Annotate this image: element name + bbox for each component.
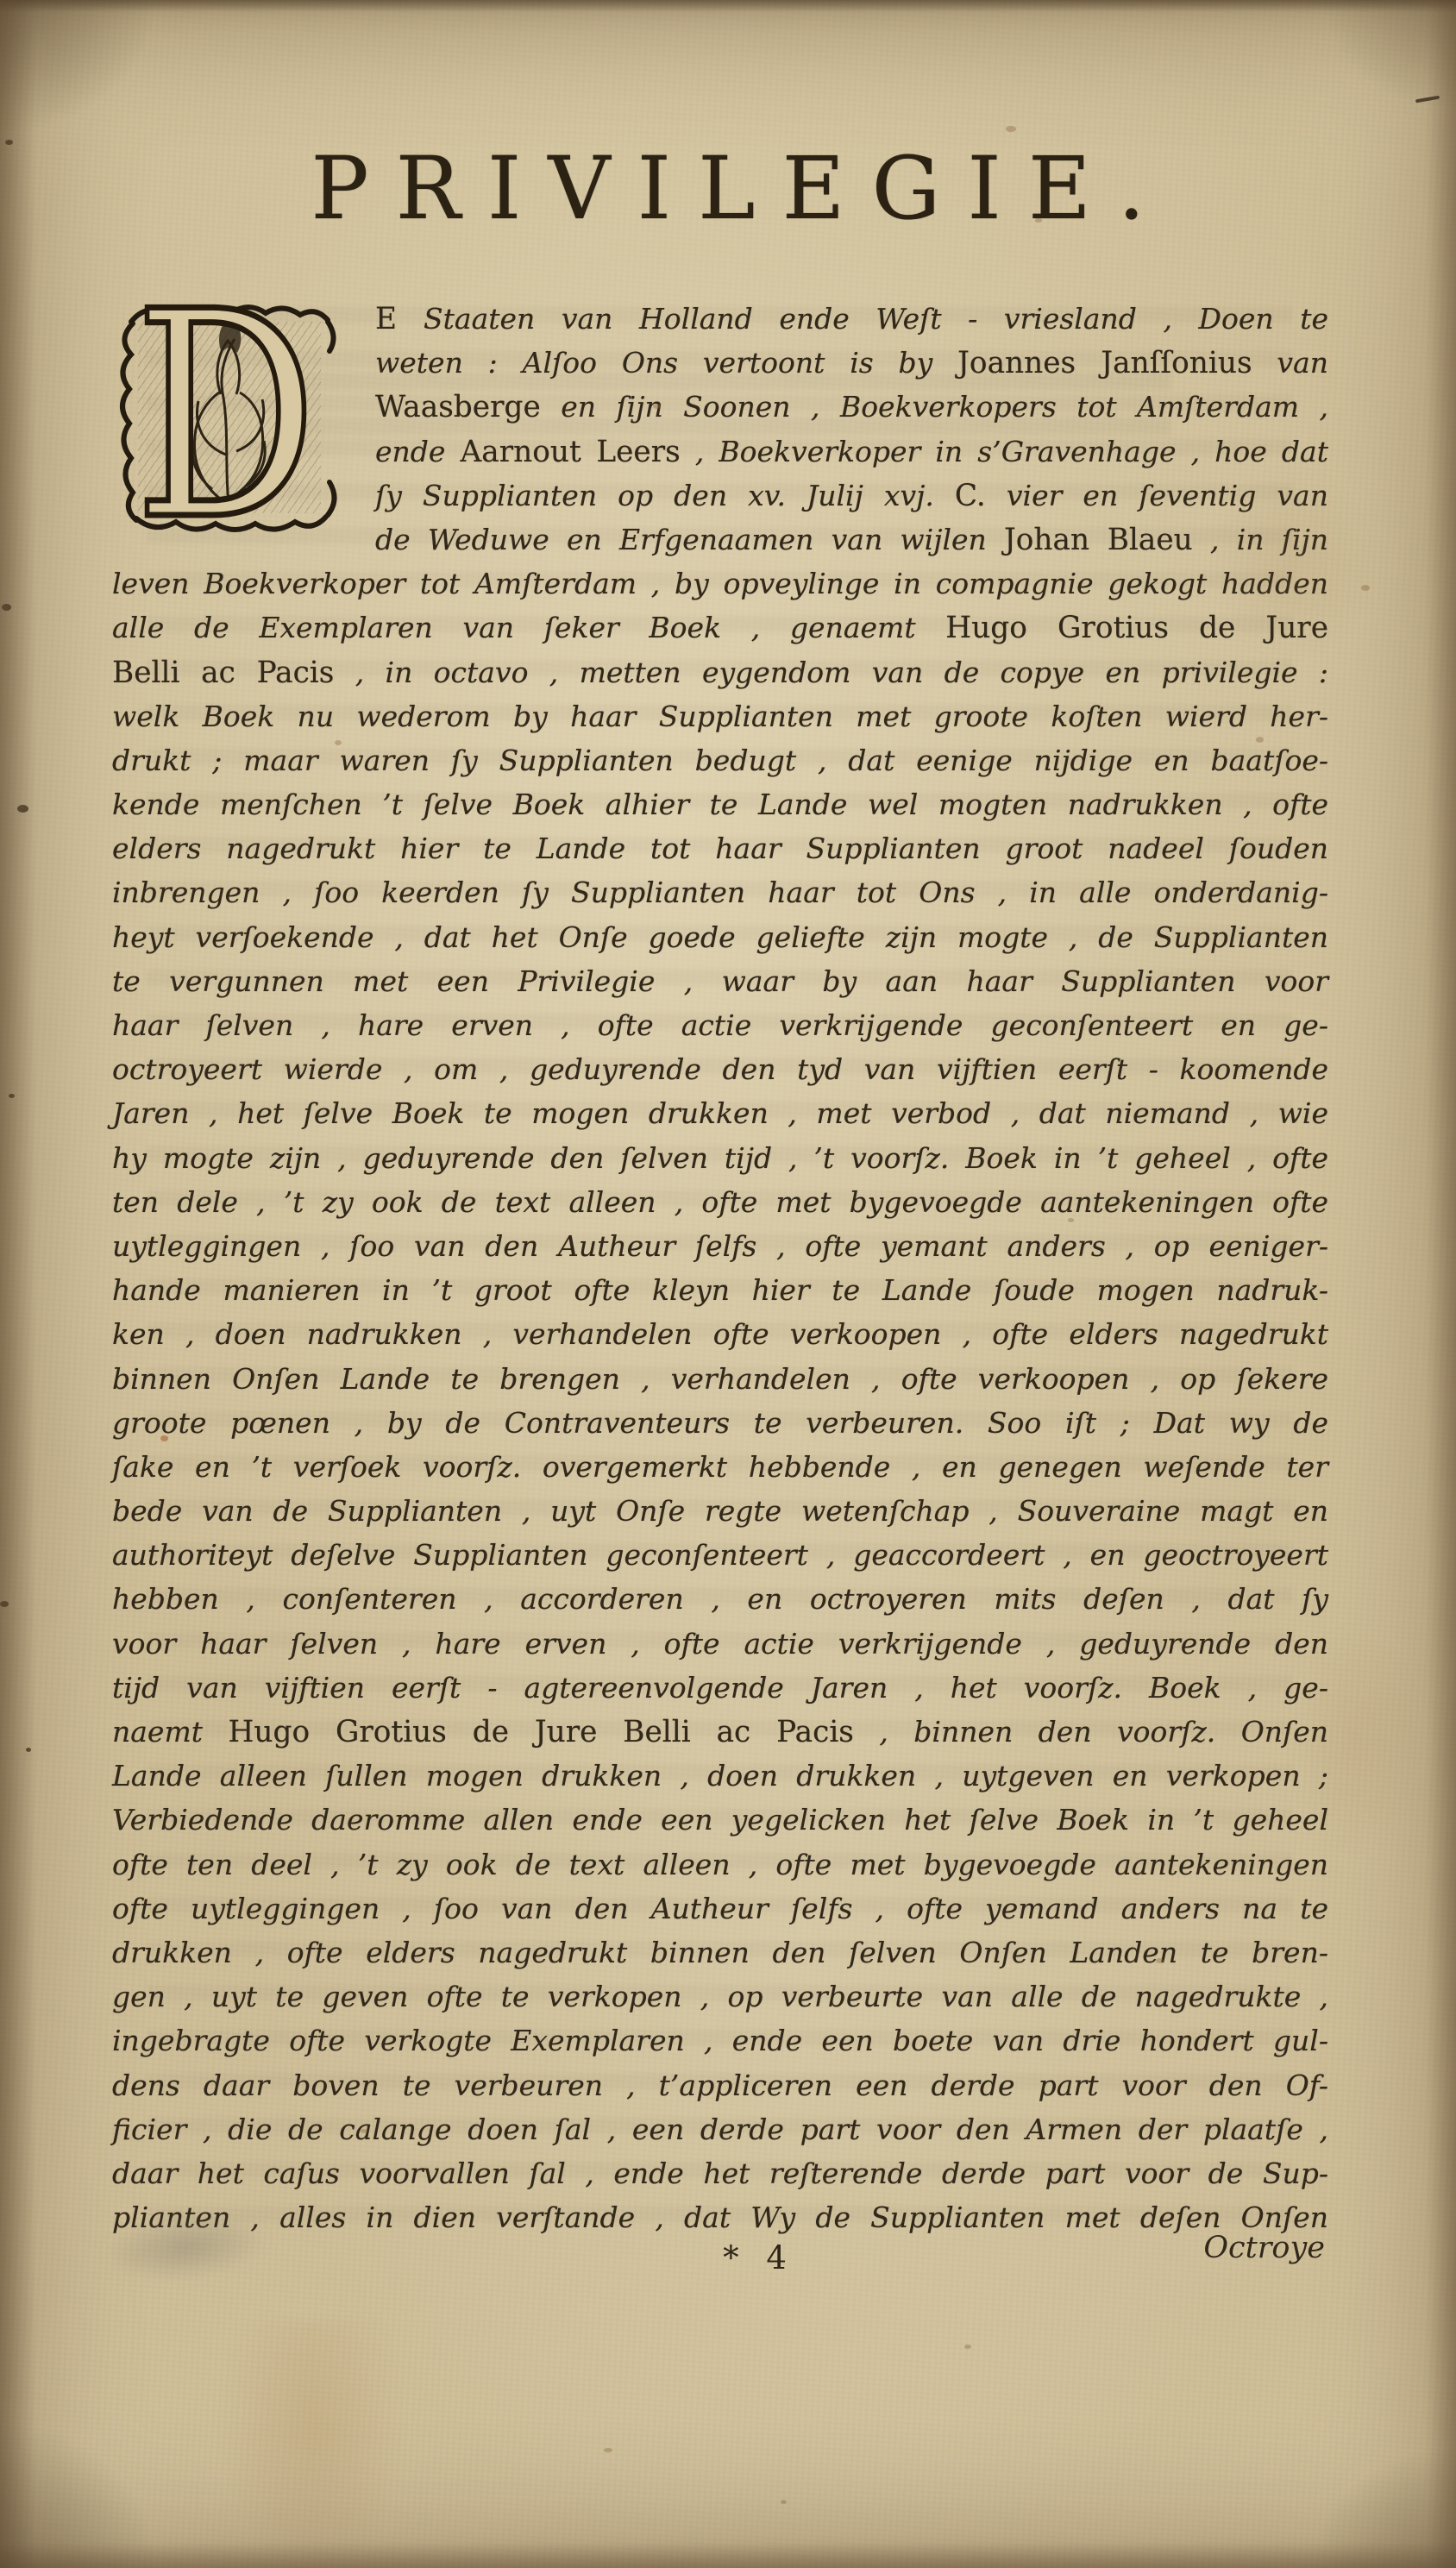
- italic-text: naemt: [112, 1715, 228, 1749]
- roman-text: Hugo Grotius de Jure: [945, 611, 1328, 645]
- italic-text: , binnen den voorſz. Onſen: [854, 1715, 1328, 1749]
- italic-text: drukt ; maar waren ſy Supplianten bedugt…: [112, 744, 1328, 777]
- italic-text: tijd van vijftien eerſt - agtereenvolgen…: [112, 1671, 1328, 1705]
- italic-text: ende: [375, 435, 461, 468]
- italic-text: welk Boek nu wederom by haar Supplianten…: [112, 700, 1328, 733]
- text-line: ende Aarnout Leers , Boekverkoper in s’G…: [112, 430, 1328, 474]
- page-title: PRIVILEGIE.: [0, 138, 1456, 239]
- text-line: E Staaten van Holland ende Weſt - vriesl…: [112, 297, 1328, 341]
- italic-text: ofte ten deel , ’t zy ook de text alleen…: [112, 1848, 1328, 1881]
- ink-speck: [9, 1094, 15, 1098]
- roman-text: Joannes Janſſonius: [957, 346, 1252, 380]
- italic-text: Verbiedende daeromme allen ende een yege…: [112, 1803, 1328, 1837]
- text-line: groote pœnen , by de Contraventeurs te v…: [112, 1401, 1328, 1445]
- foxing-spot: [1006, 126, 1016, 132]
- italic-text: heyt verſoekende , dat het Onſe goede ge…: [112, 920, 1328, 954]
- text-line: uytleggingen , ſoo van den Autheur ſelfs…: [112, 1224, 1328, 1268]
- text-line: haar ſelven , hare erven , ofte actie ve…: [112, 1003, 1328, 1047]
- text-line: hande manieren in ’t groot ofte kleyn hi…: [112, 1268, 1328, 1312]
- italic-text: Lande alleen ſullen mogen drukken , doen…: [112, 1759, 1328, 1793]
- catchword: Octroye: [1203, 2231, 1325, 2265]
- italic-text: daar het caſus voorvallen ſal , ende het…: [112, 2157, 1328, 2190]
- italic-text: elders nagedrukt hier te Lande tot haar …: [112, 832, 1328, 865]
- stain: [220, 2320, 405, 2568]
- ink-mark: [1415, 96, 1440, 104]
- roman-text: Waasberge: [375, 390, 541, 424]
- italic-text: hebben , conſenteren , accorderen , en o…: [112, 1582, 1328, 1616]
- italic-text: binnen Onſen Lande te brengen , verhande…: [112, 1362, 1328, 1396]
- text-line: daar het caſus voorvallen ſal , ende het…: [112, 2151, 1328, 2195]
- roman-text: Johan Blaeu: [1004, 523, 1193, 557]
- ink-speck: [17, 805, 28, 813]
- italic-text: gen , uyt te geven ofte te verkopen , op…: [112, 1980, 1328, 2013]
- ink-speck: [0, 1601, 9, 1607]
- italic-text: authoriteyt deſelve Supplianten geconſen…: [112, 1538, 1328, 1572]
- italic-text: te vergunnen met een Privilegie , waar b…: [112, 964, 1328, 998]
- italic-text: groote pœnen , by de Contraventeurs te v…: [112, 1406, 1328, 1440]
- italic-text: , in octavo , metten eygendom van de cop…: [334, 656, 1328, 689]
- italic-text: en ſijn Soonen , Boekverkopers tot Amſte…: [541, 390, 1328, 424]
- ink-speck: [26, 1748, 31, 1752]
- italic-text: de Weduwe en Erfgenaamen van wijlen: [375, 523, 1004, 556]
- text-line: drukt ; maar waren ſy Supplianten bedugt…: [112, 738, 1328, 782]
- text-line: Lande alleen ſullen mogen drukken , doen…: [112, 1754, 1328, 1798]
- italic-text: alle de Exemplaren van ſeker Boek , gena…: [112, 611, 945, 644]
- foxing-spot: [1361, 585, 1370, 591]
- scanned-book-page: PRIVILEGIE.: [0, 0, 1456, 2568]
- text-line: ingebragte ofte verkogte Exemplaren , en…: [112, 2019, 1328, 2063]
- italic-text: dens daar boven te verbeuren , t’applice…: [112, 2069, 1328, 2102]
- roman-text: Aarnout Leers: [461, 435, 681, 469]
- text-line: voor haar ſelven , hare erven , ofte act…: [112, 1622, 1328, 1666]
- text-line: ten dele , ’t zy ook de text alleen , of…: [112, 1180, 1328, 1224]
- text-line: dens daar boven te verbeuren , t’applice…: [112, 2063, 1328, 2107]
- roman-text: Belli ac Pacis: [112, 656, 334, 690]
- italic-text: , in ſijn: [1193, 523, 1328, 556]
- foxing-spot: [964, 2345, 971, 2349]
- italic-text: Staaten van Holland ende Weſt - vrieslan…: [424, 302, 1328, 336]
- italic-text: ingebragte ofte verkogte Exemplaren , en…: [112, 2024, 1328, 2057]
- text-line: alle de Exemplaren van ſeker Boek , gena…: [112, 606, 1328, 650]
- text-line: naemt Hugo Grotius de Jure Belli ac Paci…: [112, 1710, 1328, 1754]
- text-line: Jaren , het ſelve Boek te mogen drukken …: [112, 1091, 1328, 1135]
- text-line: heyt verſoekende , dat het Onſe goede ge…: [112, 915, 1328, 959]
- text-line: hy mogte zijn , geduyrende den ſelven ti…: [112, 1136, 1328, 1180]
- text-line: ſy Supplianten op den xv. Julij xvj. C. …: [112, 474, 1328, 518]
- text-line: ken , doen nadrukken , verhandelen ofte …: [112, 1312, 1328, 1356]
- italic-text: uytleggingen , ſoo van den Autheur ſelfs…: [112, 1229, 1328, 1263]
- italic-text: vier en ſeventig van: [986, 479, 1328, 512]
- italic-text: ken , doen nadrukken , verhandelen ofte …: [112, 1317, 1328, 1351]
- text-line: bede van de Supplianten , uyt Onſe regte…: [112, 1489, 1328, 1533]
- italic-text: kende menſchen ’t ſelve Boek alhier te L…: [112, 788, 1328, 821]
- italic-text: ten dele , ’t zy ook de text alleen , of…: [112, 1185, 1328, 1219]
- text-line: gen , uyt te geven ofte te verkopen , op…: [112, 1975, 1328, 2019]
- text-line: binnen Onſen Lande te brengen , verhande…: [112, 1357, 1328, 1401]
- italic-text: drukken , ofte elders nagedrukt binnen d…: [112, 1936, 1328, 1969]
- italic-text: bede van de Supplianten , uyt Onſe regte…: [112, 1494, 1328, 1528]
- text-line: de Weduwe en Erfgenaamen van wijlen Joha…: [112, 518, 1328, 562]
- text-line: drukken , ofte elders nagedrukt binnen d…: [112, 1931, 1328, 1975]
- italic-text: Jaren , het ſelve Boek te mogen drukken …: [112, 1096, 1328, 1130]
- italic-text: leven Boekverkoper tot Amſterdam , by op…: [112, 567, 1328, 600]
- text-line: ficier , die de calange doen ſal , een d…: [112, 2107, 1328, 2151]
- italic-text: ofte uytleggingen , ſoo van den Autheur …: [112, 1892, 1328, 1925]
- text-line: tijd van vijftien eerſt - agtereenvolgen…: [112, 1666, 1328, 1710]
- italic-text: inbrengen , ſoo keerden ſy Supplianten h…: [112, 876, 1328, 909]
- italic-text: hande manieren in ’t groot ofte kleyn hi…: [112, 1273, 1328, 1307]
- text-line: plianten , alles in dien verſtande , dat…: [112, 2195, 1328, 2239]
- text-line: te vergunnen met een Privilegie , waar b…: [112, 959, 1328, 1003]
- text-line: elders nagedrukt hier te Lande tot haar …: [112, 826, 1328, 870]
- text-line: authoriteyt deſelve Supplianten geconſen…: [112, 1533, 1328, 1577]
- text-line: ofte ten deel , ’t zy ook de text alleen…: [112, 1843, 1328, 1887]
- italic-text: voor haar ſelven , hare erven , ofte act…: [112, 1627, 1328, 1661]
- ink-speck: [2, 604, 11, 611]
- italic-text: , Boekverkoper in s’Gravenhage , hoe dat: [681, 435, 1328, 468]
- text-line: hebben , conſenteren , accorderen , en o…: [112, 1577, 1328, 1621]
- text-line: Verbiedende daeromme allen ende een yege…: [112, 1798, 1328, 1842]
- roman-text: Hugo Grotius de Jure Belli ac Pacis: [228, 1715, 853, 1749]
- foxing-spot: [781, 2500, 787, 2504]
- text-line: octroyeert wierde , om , geduyrende den …: [112, 1047, 1328, 1091]
- text-line: inbrengen , ſoo keerden ſy Supplianten h…: [112, 870, 1328, 914]
- roman-text: E: [375, 302, 424, 336]
- text-line: Waasberge en ſijn Soonen , Boekverkopers…: [112, 385, 1328, 429]
- italic-text: van: [1252, 346, 1328, 380]
- body-text: E Staaten van Holland ende Weſt - vriesl…: [112, 297, 1328, 2239]
- italic-text: weten : Alſoo Ons vertoont is by: [375, 346, 957, 380]
- italic-text: ſy Supplianten op den xv. Julij xvj.: [375, 479, 955, 512]
- italic-text: ficier , die de calange doen ſal , een d…: [112, 2113, 1328, 2146]
- text-line: kende menſchen ’t ſelve Boek alhier te L…: [112, 782, 1328, 826]
- text-line: leven Boekverkoper tot Amſterdam , by op…: [112, 562, 1328, 606]
- italic-text: hy mogte zijn , geduyrende den ſelven ti…: [112, 1141, 1328, 1175]
- foxing-spot: [604, 2448, 612, 2452]
- text-line: weten : Alſoo Ons vertoont is by Joannes…: [112, 341, 1328, 385]
- italic-text: plianten , alles in dien verſtande , dat…: [112, 2201, 1328, 2234]
- text-line: welk Boek nu wederom by haar Supplianten…: [112, 694, 1328, 738]
- italic-text: octroyeert wierde , om , geduyrende den …: [112, 1052, 1328, 1086]
- roman-text: C.: [955, 479, 986, 513]
- italic-text: haar ſelven , hare erven , ofte actie ve…: [112, 1008, 1328, 1042]
- text-line: ſake en ’t verſoek voorſz. overgemerkt h…: [112, 1445, 1328, 1489]
- italic-text: ſake en ’t verſoek voorſz. overgemerkt h…: [112, 1450, 1328, 1484]
- text-line: Belli ac Pacis , in octavo , metten eyge…: [112, 650, 1328, 694]
- text-line: ofte uytleggingen , ſoo van den Autheur …: [112, 1887, 1328, 1931]
